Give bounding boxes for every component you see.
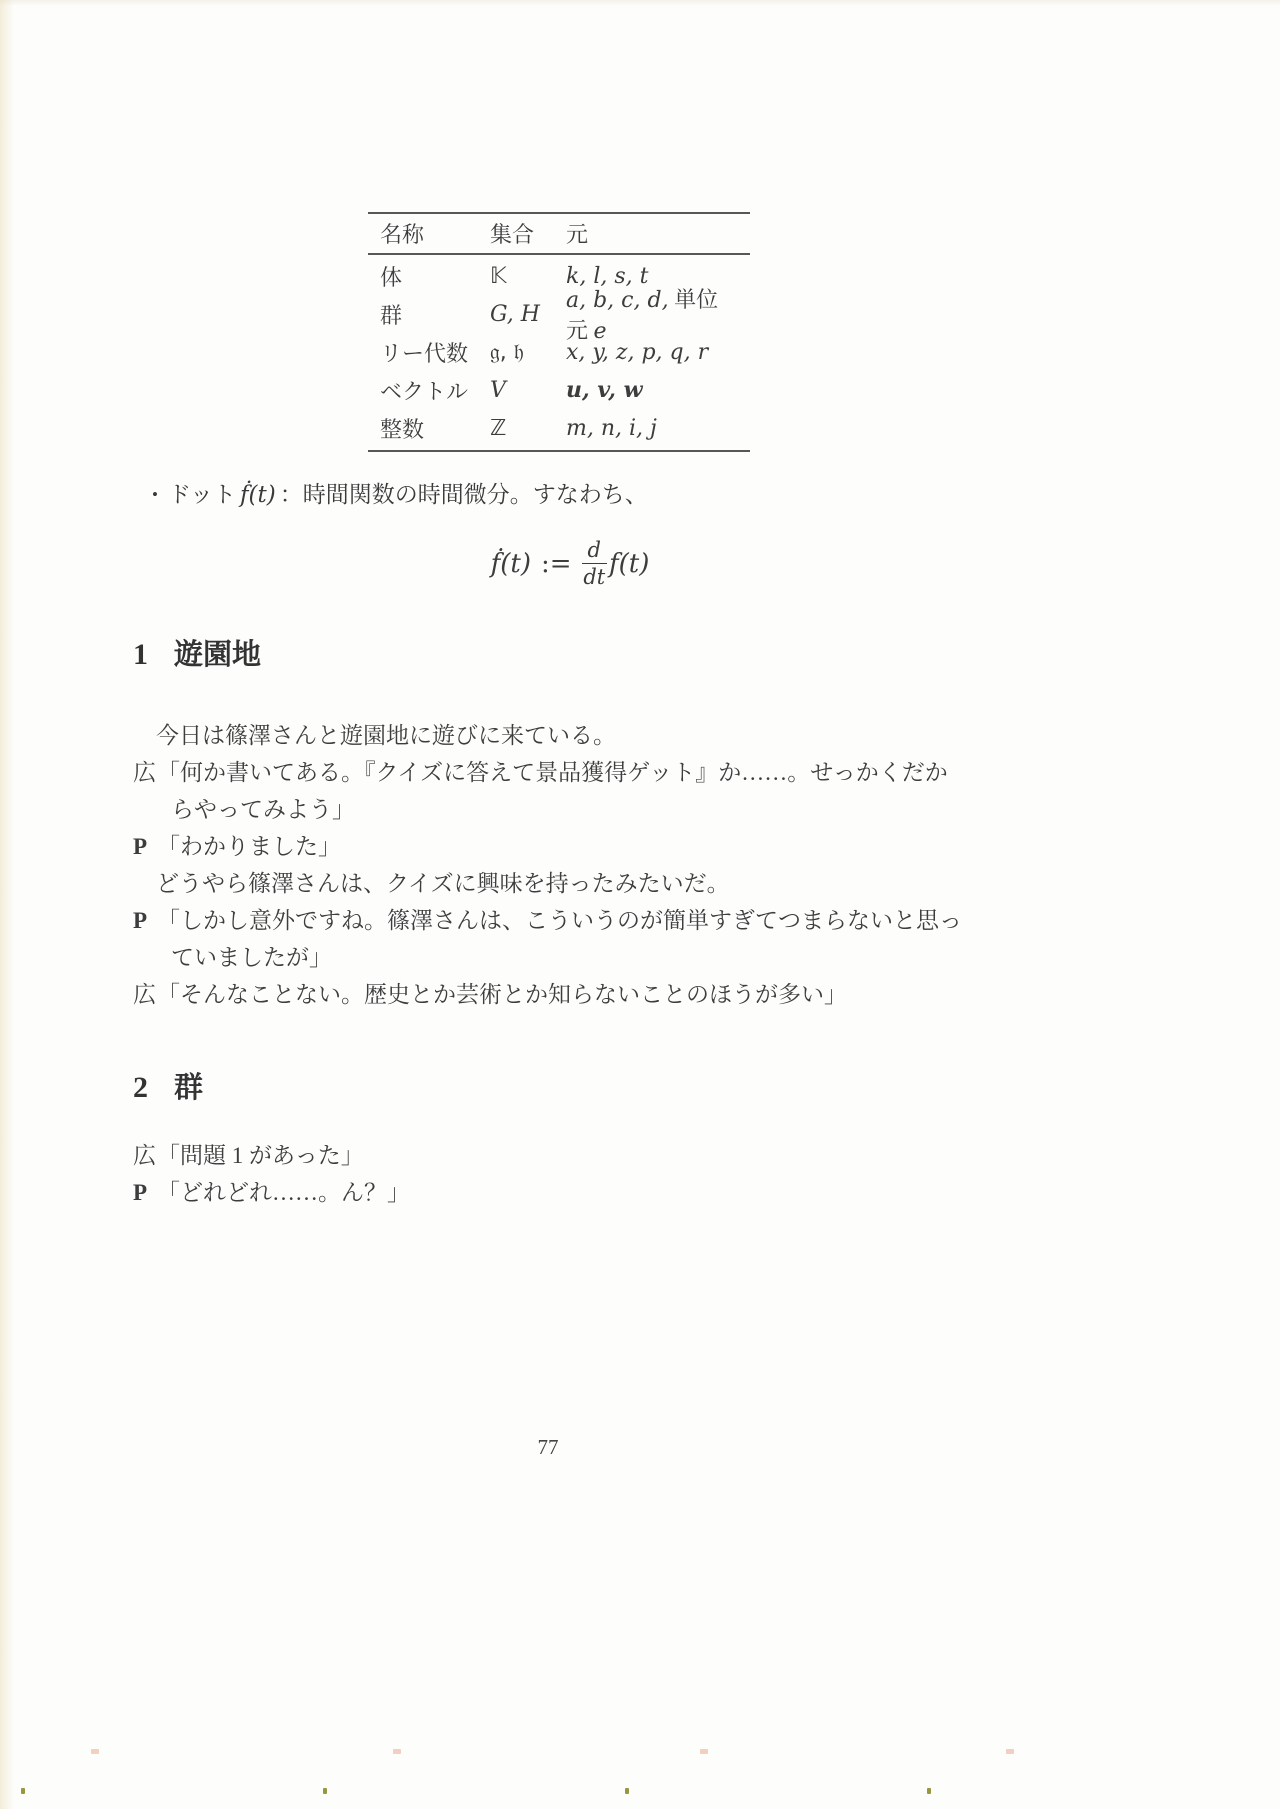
scan-speck bbox=[323, 1788, 327, 1794]
fraction-numerator: d bbox=[582, 538, 607, 564]
dialogue-line: P「どれどれ……。ん？」 bbox=[133, 1174, 993, 1211]
section-title: 遊園地 bbox=[174, 639, 261, 671]
scan-speck bbox=[1006, 1749, 1014, 1754]
dialogue-line: P「わかりました」 bbox=[133, 828, 993, 865]
row-set: 𝕂 bbox=[490, 264, 566, 289]
narration-line: どうやら篠澤さんは、クイズに興味を持ったみたいだ。 bbox=[133, 865, 993, 902]
row-elements: x, y, z, p, q, r bbox=[566, 340, 750, 365]
col-header-element: 元 bbox=[566, 218, 750, 249]
dialogue-continuation-line: ていましたが」 bbox=[133, 939, 993, 976]
equation-relation: := bbox=[541, 549, 572, 579]
row-name: 体 bbox=[368, 261, 490, 292]
row-elements: a, b, c, d, 単位元 e bbox=[566, 283, 750, 345]
scan-speck bbox=[91, 1749, 99, 1754]
speaker-label: 広 bbox=[133, 976, 157, 1013]
equation-rhs: f(t) bbox=[609, 549, 649, 579]
row-elements: m, n, i, j bbox=[566, 416, 750, 441]
bullet-marker: • bbox=[152, 485, 158, 504]
bullet-description: ：時間関数の時間微分。すなわち、 bbox=[280, 482, 648, 507]
section-heading-amusement-park: 1遊園地 bbox=[133, 632, 261, 673]
notation-table-body: 体 𝕂 k, l, s, t 群 G, H a, b, c, d, 単位元 e … bbox=[368, 255, 750, 452]
bullet-label: ドット bbox=[168, 482, 236, 507]
row-elements: u, v, w bbox=[566, 377, 750, 403]
scan-page-edge bbox=[0, 0, 14, 1809]
section-number: 1 bbox=[133, 638, 148, 671]
speaker-label: P bbox=[133, 1174, 157, 1211]
section2-text: 広「問題 1 があった」 P「どれどれ……。ん？」 bbox=[133, 1137, 993, 1211]
speaker-label: P bbox=[133, 828, 157, 865]
table-row: 群 G, H a, b, c, d, 単位元 e bbox=[368, 295, 750, 333]
equation-time-derivative: ḟ(t) := d dt f(t) bbox=[155, 538, 985, 589]
row-set: 𝔤, 𝔥 bbox=[490, 340, 566, 365]
section1-text: 今日は篠澤さんと遊園地に遊びに来ている。 広「何か書いてある。『クイズに答えて景… bbox=[133, 717, 993, 1013]
notation-table: 名称 集合 元 体 𝕂 k, l, s, t 群 G, H a, b, c, d… bbox=[368, 212, 750, 452]
dialogue-line: 広「何か書いてある。『クイズに答えて景品獲得ゲット』か……。せっかくだか bbox=[133, 754, 993, 791]
dialogue-line: 広「そんなことない。歴史とか芸術とか知らないことのほうが多い」 bbox=[133, 976, 993, 1013]
dialogue-continuation-line: らやってみよう」 bbox=[133, 791, 993, 828]
table-row: ベクトル V u, v, w bbox=[368, 371, 750, 409]
section-number: 2 bbox=[133, 1071, 148, 1104]
col-header-set: 集合 bbox=[490, 218, 566, 249]
bullet-item-dot-notation: •ドットḟ(t)：時間関数の時間微分。すなわち、 bbox=[152, 480, 648, 510]
scan-speck bbox=[927, 1788, 931, 1794]
scan-speck bbox=[625, 1788, 629, 1794]
row-set: G, H bbox=[490, 302, 566, 327]
row-name: 群 bbox=[368, 299, 490, 330]
row-set: V bbox=[490, 378, 566, 403]
dialogue-line: P「しかし意外ですね。篠澤さんは、こういうのが簡単すぎてつまらないと思っ bbox=[133, 902, 993, 939]
fraction-denominator: dt bbox=[583, 564, 605, 589]
speaker-label: P bbox=[133, 902, 157, 939]
row-name: 整数 bbox=[368, 413, 490, 444]
equation-lhs: ḟ(t) bbox=[491, 549, 531, 579]
narration-line: 今日は篠澤さんと遊園地に遊びに来ている。 bbox=[133, 717, 993, 754]
page-number: 77 bbox=[538, 1435, 559, 1460]
table-row: リー代数 𝔤, 𝔥 x, y, z, p, q, r bbox=[368, 333, 750, 371]
col-header-name: 名称 bbox=[368, 218, 490, 249]
notation-table-header: 名称 集合 元 bbox=[368, 214, 750, 255]
scan-speck bbox=[393, 1749, 401, 1754]
dialogue-line: 広「問題 1 があった」 bbox=[133, 1137, 993, 1174]
speaker-label: 広 bbox=[133, 1137, 157, 1174]
row-set: ℤ bbox=[490, 416, 566, 441]
section-heading-group: 2群 bbox=[133, 1065, 203, 1106]
fraction-d-dt: d dt bbox=[582, 538, 607, 589]
row-name: ベクトル bbox=[368, 375, 490, 406]
scan-speck bbox=[700, 1749, 708, 1754]
scan-speck bbox=[21, 1788, 25, 1794]
row-name: リー代数 bbox=[368, 337, 490, 368]
bullet-math: ḟ(t) bbox=[240, 482, 276, 508]
table-row: 整数 ℤ m, n, i, j bbox=[368, 409, 750, 447]
speaker-label: 広 bbox=[133, 754, 157, 791]
section-title: 群 bbox=[174, 1072, 203, 1104]
scan-top-edge bbox=[0, 0, 1280, 6]
